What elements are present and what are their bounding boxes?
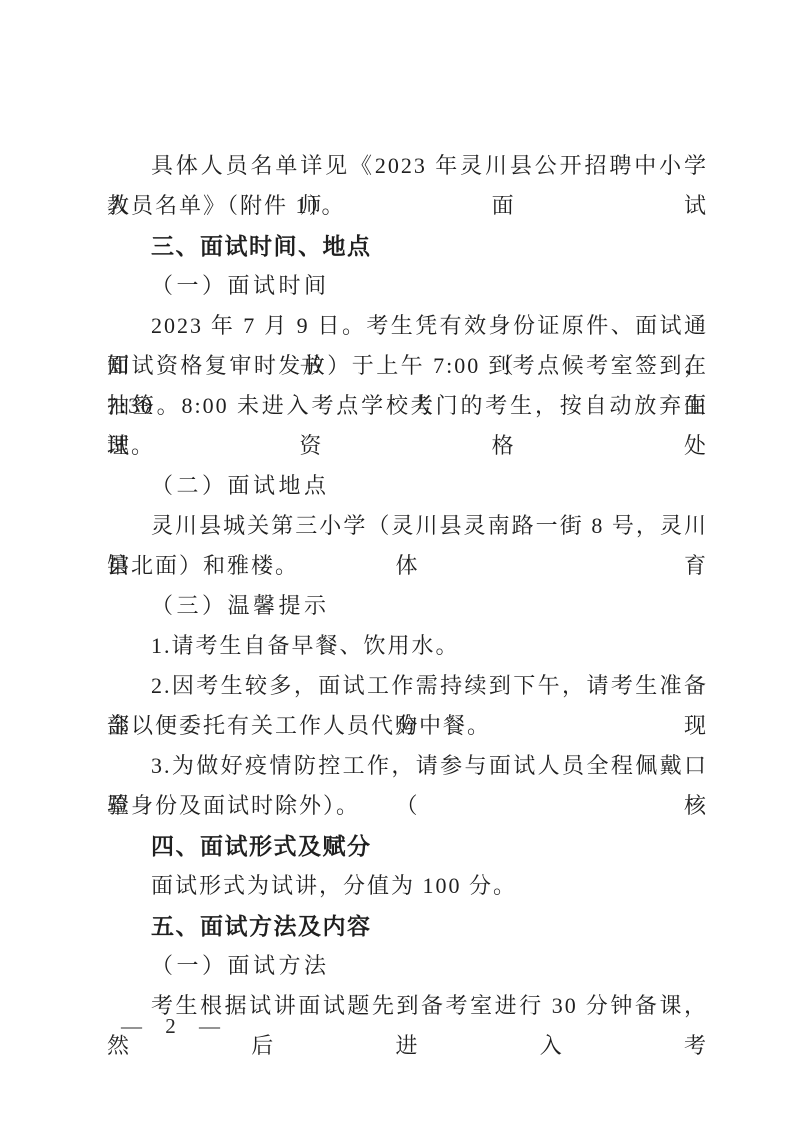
body-line: 面试形式为试讲，分值为 100 分。 [107, 866, 708, 906]
sub-heading: （三）温馨提示 [107, 586, 708, 626]
section-heading: 四、面试形式及赋分 [107, 826, 708, 866]
document-body: 具体人员名单详见《2023 年灵川县公开招聘中小学教师面试人员名单》（附件 1）… [107, 146, 708, 1026]
body-line: 3.为做好疫情防控工作，请参与面试人员全程佩戴口罩（核 [107, 746, 708, 786]
sub-heading: （二）面试地点 [107, 466, 708, 506]
body-line: 抽签。8:00 未进入考点学校大门的考生，按自动放弃面试资格处 [107, 386, 708, 426]
body-line: 具体人员名单详见《2023 年灵川县公开招聘中小学教师面试 [107, 146, 708, 186]
sub-heading: （一）面试时间 [107, 266, 708, 306]
document-page: 具体人员名单详见《2023 年灵川县公开招聘中小学教师面试人员名单》（附件 1）… [0, 0, 794, 1123]
body-line: 2.因考生较多，面试工作需持续到下午，请考生准备部分现 [107, 666, 708, 706]
page-number-footer: — 2 — [121, 1012, 223, 1040]
body-line: 面试资格复审时发放）于上午 7:00 到考点候考室签到，7:30 考生 [107, 346, 708, 386]
body-line: 1.请考生自备早餐、饮用水。 [107, 626, 708, 666]
body-line: 灵川县城关第三小学（灵川县灵南路一街 8 号，灵川县体育 [107, 506, 708, 546]
section-heading: 三、面试时间、地点 [107, 226, 708, 266]
sub-heading: （一）面试方法 [107, 946, 708, 986]
section-heading: 五、面试方法及内容 [107, 906, 708, 946]
body-line: 2023 年 7 月 9 日。考生凭有效身份证原件、面试通知书（在 [107, 306, 708, 346]
